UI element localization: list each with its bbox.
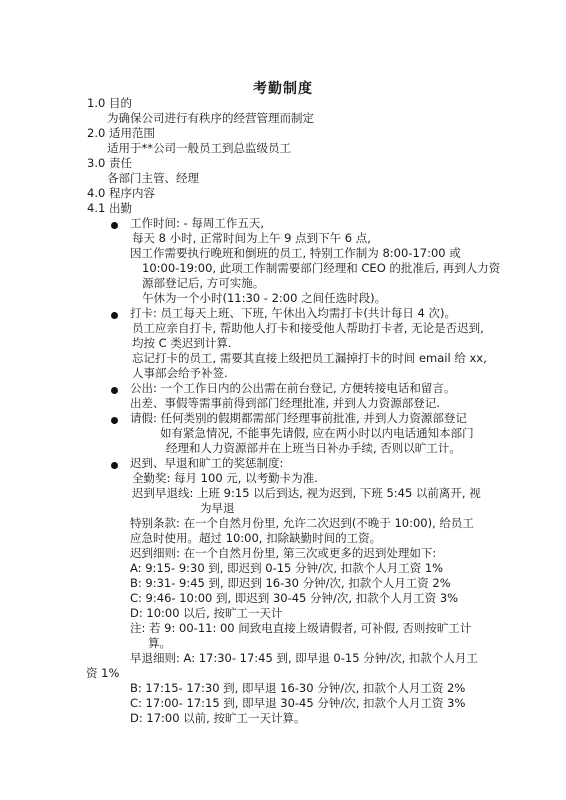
work-hours-line: 10:00-19:00, 此项工作制需要部门经理和 CEO 的批准后, 再到人力… xyxy=(142,261,500,276)
punch-line: 员工应亲自打卡, 帮助他人打卡和接受他人帮助打卡者, 无论是否迟到, xyxy=(132,321,484,336)
work-hours-line: 因工作需要执行晚班和倒班的员工, 特别工作制为 8:00-17:00 或 xyxy=(130,246,461,261)
document-page: 考勤制度 1.0 目的 为确保公司进行有秩序的经营管理而制定 2.0 适用范围 … xyxy=(0,0,566,800)
early-rule: D: 17:00 以前, 按旷工一天计算。 xyxy=(130,711,306,726)
penalty-line: 全勤奖: 每月 100 元, 以考勤卡为准. xyxy=(132,471,318,486)
section-heading: 程序内容 xyxy=(109,186,155,200)
bullet-icon xyxy=(111,312,118,319)
section-heading: 目的 xyxy=(109,96,132,110)
punch-line: 打卡: 员工每天上班、下班, 午休出入均需打卡(共计每日 4 次)。 xyxy=(130,306,456,321)
section-heading: 出勤 xyxy=(109,201,132,215)
penalty-line: 为早退 xyxy=(200,501,235,516)
section-4-heading: 4.0 程序内容 xyxy=(87,186,155,201)
section-1-heading: 1.0 目的 xyxy=(87,96,132,111)
page-title: 考勤制度 xyxy=(0,78,566,98)
punch-line: 忘记打卡的员工, 需要其直接上级把员工漏掉打卡的时间 email 给 xx, xyxy=(132,351,487,366)
penalty-line: 迟到、早退和旷工的奖惩制度: xyxy=(130,456,283,471)
bullet-icon xyxy=(111,417,118,424)
out-line: 公出: 一个工作日内的公出需在前台登记, 方便转接电话和留言。 xyxy=(130,381,455,396)
punch-line: 均按 C 类迟到计算. xyxy=(132,336,232,351)
work-hours-line: 源部登记后, 方可实施。 xyxy=(142,276,264,291)
early-rule: 早退细则: A: 17:30- 17:45 到, 即早退 0-15 分钟/次, … xyxy=(130,651,478,666)
late-rule: B: 9:31- 9:45 到, 即迟到 16-30 分钟/次, 扣款个人月工资… xyxy=(130,576,451,591)
section-1-body: 为确保公司进行有秩序的经营管理而制定 xyxy=(107,111,314,126)
early-rule: B: 17:15- 17:30 到, 即早退 16-30 分钟/次, 扣款个人月… xyxy=(130,681,465,696)
section-heading: 适用范围 xyxy=(109,126,155,140)
section-number: 3.0 xyxy=(87,156,105,170)
note-line: 注: 若 9: 00-11: 00 间致电直接上级请假者, 可补假, 否则按旷工… xyxy=(130,621,471,636)
section-3-heading: 3.0 责任 xyxy=(87,156,132,171)
penalty-line: 迟到细则: 在一个自然月份里, 第三次或更多的迟到处理如下: xyxy=(130,546,436,561)
section-number: 1.0 xyxy=(87,96,105,110)
section-number: 2.0 xyxy=(87,126,105,140)
section-2-heading: 2.0 适用范围 xyxy=(87,126,155,141)
section-number: 4.1 xyxy=(87,201,105,215)
section-2-body: 适用于**公司一般员工到总监级员工 xyxy=(107,141,291,156)
section-heading: 责任 xyxy=(109,156,132,170)
late-rule: D: 10:00 以后, 按旷工一天计 xyxy=(130,606,283,621)
punch-line: 人事部会给予补签. xyxy=(132,366,228,381)
bullet-icon xyxy=(111,222,118,229)
early-rule: C: 17:00- 17:15 到, 即早退 30-45 分钟/次, 扣款个人月… xyxy=(130,696,465,711)
section-4-1-heading: 4.1 出勤 xyxy=(87,201,132,216)
penalty-line: 特别条款: 在一个自然月份里, 允许二次迟到(不晚于 10:00), 给员工 xyxy=(130,516,474,531)
section-number: 4.0 xyxy=(87,186,105,200)
late-rule: A: 9:15- 9:30 到, 即迟到 0-15 分钟/次, 扣款个人月工资 … xyxy=(130,561,443,576)
leave-line: 请假: 任何类别的假期都需部门经理事前批准, 并到人力资源部登记 xyxy=(130,411,467,426)
bullet-icon xyxy=(111,387,118,394)
early-rule-wrap: 资 1% xyxy=(86,666,119,681)
out-line: 出差、事假等需事前得到部门经理批准, 并到人力资源部登记. xyxy=(130,396,440,411)
leave-line: 如有紧急情况, 不能事先请假, 应在两小时以内电话通知本部门 xyxy=(160,426,474,441)
work-hours-line: 每天 8 小时, 正常时间为上午 9 点到下午 6 点, xyxy=(132,231,371,246)
penalty-line: 应急时使用。超过 10:00, 扣除缺勤时间的工资。 xyxy=(130,531,381,546)
penalty-line: 迟到早退线: 上班 9:15 以后到达, 视为迟到, 下班 5:45 以前离开,… xyxy=(132,486,481,501)
late-rule: C: 9:46- 10:00 到, 即迟到 30-45 分钟/次, 扣款个人月工… xyxy=(130,591,458,606)
work-hours-line: 午休为一个小时(11:30 - 2:00 之间任选时段)。 xyxy=(142,291,386,306)
note-line: 算。 xyxy=(148,636,171,651)
work-hours-line: 工作时间: - 每周工作五天, xyxy=(130,216,264,231)
leave-line: 经理和人力资源部并在上班当日补办手续, 否则以旷工计。 xyxy=(166,441,461,456)
section-3-body: 各部门主管、经理 xyxy=(107,171,199,186)
bullet-icon xyxy=(111,462,118,469)
